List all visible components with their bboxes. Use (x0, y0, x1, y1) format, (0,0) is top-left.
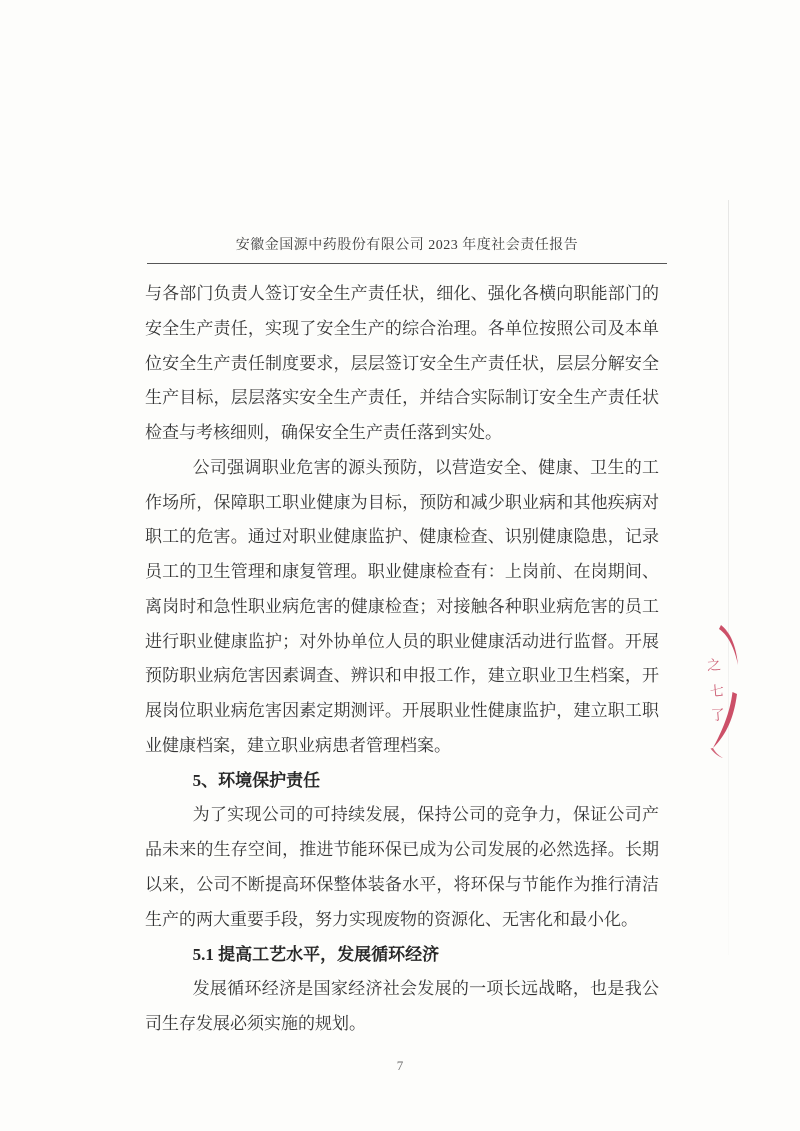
seal-glyph-1: 之 (706, 657, 721, 674)
paragraph-safety-responsibility: 与各部门负责人签订安全生产责任状，细化、强化各横向职能部门的安全生产责任，实现了… (145, 277, 659, 451)
paragraph-circular-economy: 发展循环经济是国家经济社会发展的一项长远战略，也是我公司生存发展必须实施的规划。 (145, 972, 659, 1042)
seal-glyph-3: 了 (710, 707, 725, 724)
paragraph-sustainable-development: 为了实现公司的可持续发展，保持公司的竞争力，保证公司产品未来的生存空间，推进节能… (145, 798, 659, 937)
page-number: 7 (0, 1058, 800, 1074)
paragraph-occupational-health: 公司强调职业危害的源头预防，以营造安全、健康、卫生的工作场所，保障职工职业健康为… (145, 451, 659, 764)
red-paging-seal-icon: 之 七 了 (699, 620, 745, 762)
scan-crease-line (728, 200, 729, 955)
page-header-title: 安徽金国源中药股份有限公司 2023 年度社会责任报告 (147, 236, 667, 264)
heading-environmental-protection: 5、环境保护责任 (145, 764, 659, 799)
page-body: 与各部门负责人签订安全生产责任状，细化、强化各横向职能部门的安全生产责任，实现了… (145, 277, 659, 1042)
seal-arc-tail (711, 748, 724, 758)
seal-arc-top (719, 625, 738, 665)
report-page: 安徽金国源中药股份有限公司 2023 年度社会责任报告 与各部门负责人签订安全生… (0, 0, 800, 1131)
seal-glyph-2: 七 (709, 683, 724, 700)
heading-circular-economy: 5.1 提高工艺水平，发展循环经济 (145, 938, 659, 973)
